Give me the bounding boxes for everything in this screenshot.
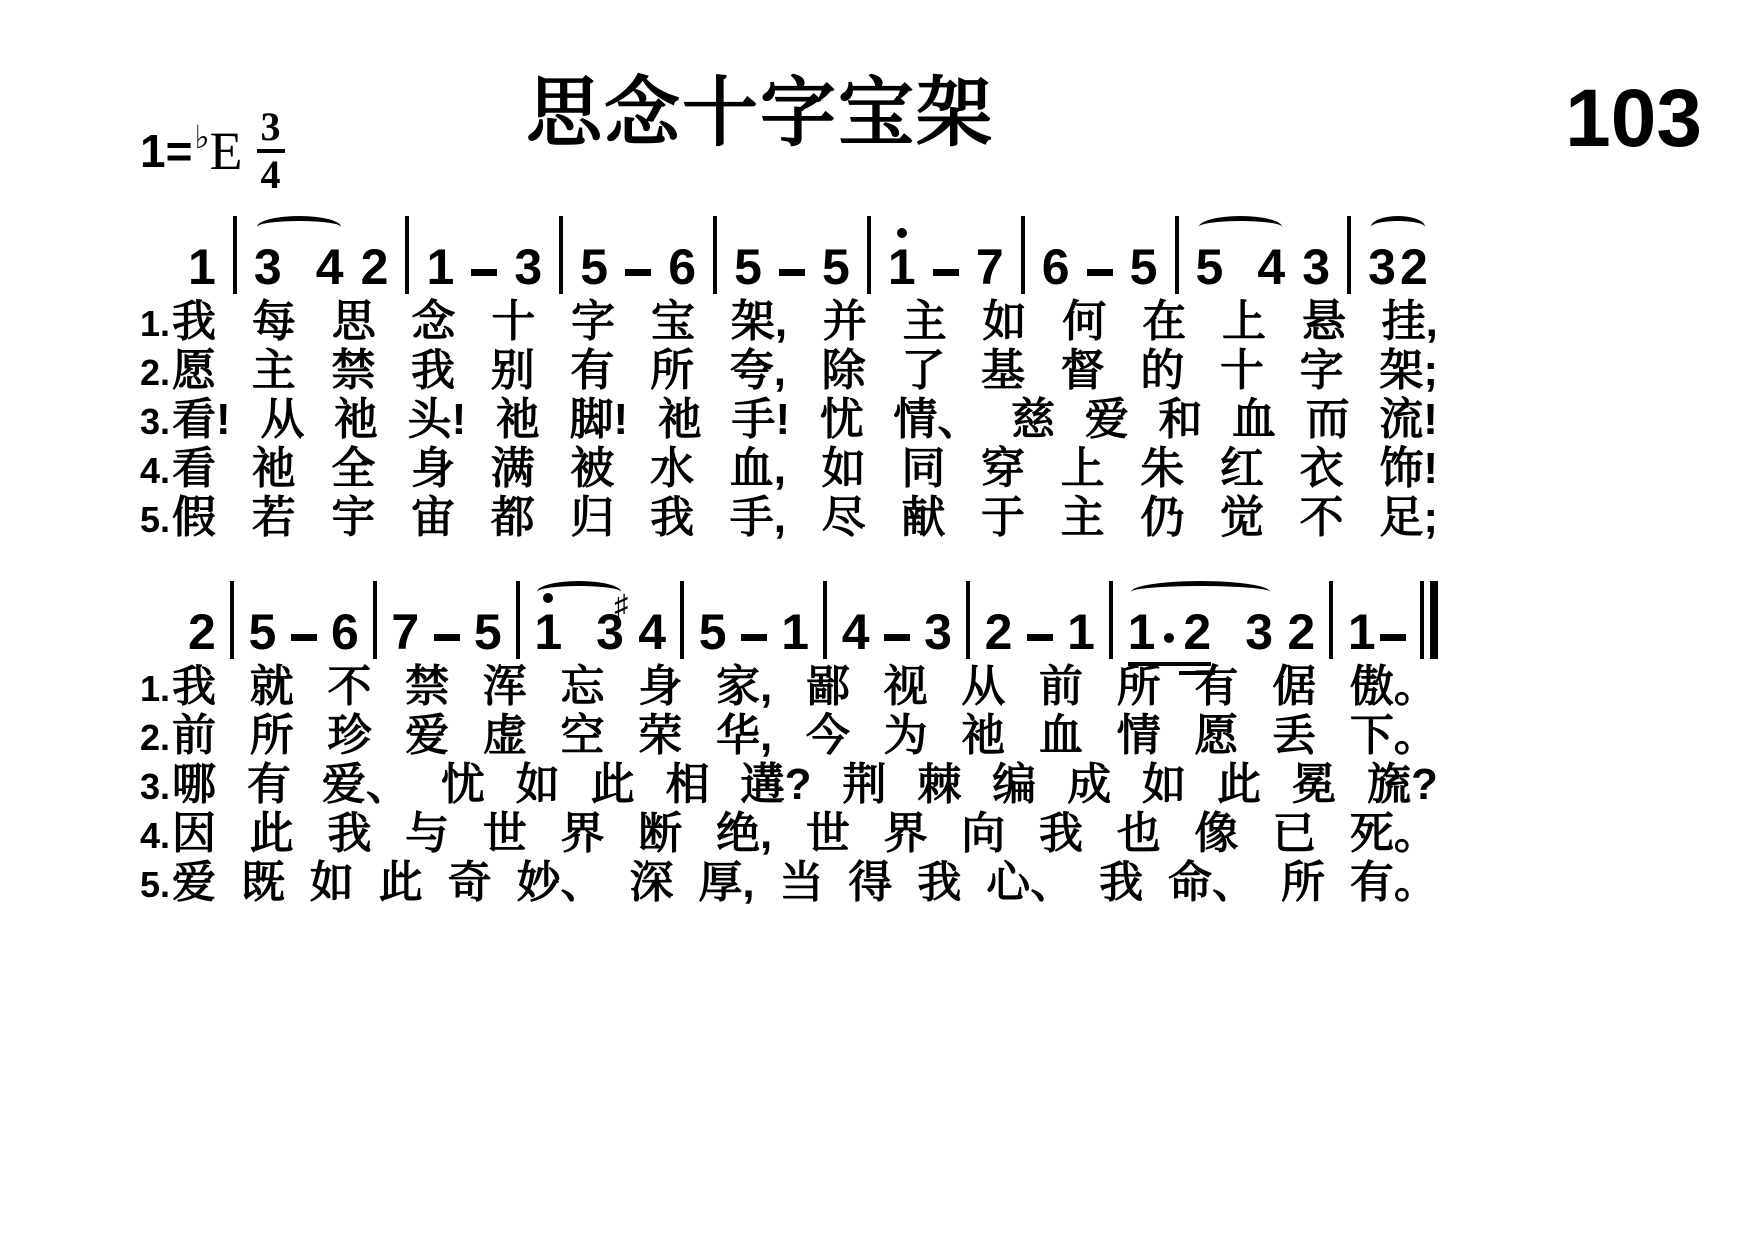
note: 5 bbox=[248, 607, 276, 659]
syllable: 献 bbox=[901, 494, 945, 541]
note: 1 bbox=[888, 242, 916, 294]
barline bbox=[405, 216, 409, 294]
syllable: 倨 bbox=[1272, 663, 1316, 710]
key-letter: E bbox=[210, 124, 243, 178]
syllable: 像 bbox=[1194, 810, 1238, 857]
note-digit: 2 bbox=[188, 604, 216, 660]
note: 7 bbox=[391, 607, 419, 659]
syllable: 3.哪 bbox=[140, 761, 216, 810]
note-digit: 1 bbox=[188, 239, 216, 295]
verse-number: 2. bbox=[140, 714, 170, 761]
barline bbox=[1021, 216, 1025, 294]
syllable: 身 bbox=[411, 445, 455, 492]
syllable: 禁 bbox=[331, 347, 375, 394]
hymn-number: 103 bbox=[1565, 72, 1702, 166]
note: 2 bbox=[985, 607, 1013, 659]
syllable: 1.我 bbox=[140, 298, 216, 347]
note-digit: 3 bbox=[924, 604, 952, 660]
syllable: 十 bbox=[491, 298, 535, 345]
syllable: 全 bbox=[331, 445, 375, 492]
syllable: 荣 bbox=[638, 712, 682, 759]
syllable: 字 bbox=[571, 298, 615, 345]
syllable: 世 bbox=[483, 810, 527, 857]
syllable: 悬 bbox=[1302, 298, 1346, 345]
music-line: 2567513♯451432112321 bbox=[188, 573, 1438, 663]
syllable: 穿 bbox=[981, 445, 1025, 492]
note: 1 bbox=[426, 242, 454, 294]
syllable: 思 bbox=[332, 298, 376, 345]
verse-number: 5. bbox=[140, 861, 170, 908]
syllable: 如 bbox=[983, 298, 1027, 345]
syllable: 如 bbox=[310, 859, 354, 906]
lyric-line: 1.我每思念十字宝架,并主如何在上悬挂, bbox=[140, 298, 1438, 347]
syllable: 从 bbox=[260, 396, 304, 443]
syllable: 奇 bbox=[448, 859, 492, 906]
note-dash bbox=[884, 634, 910, 641]
syllable: 在 bbox=[1142, 298, 1186, 345]
note: 3 bbox=[924, 607, 952, 659]
time-signature-unit: 4 bbox=[261, 156, 281, 194]
syllable: 主 bbox=[903, 298, 947, 345]
syllable: 有 bbox=[570, 347, 614, 394]
note: 1 bbox=[534, 607, 562, 659]
syllable: 所 bbox=[1281, 859, 1325, 906]
note-digit: 5 bbox=[699, 604, 727, 660]
syllable: 别 bbox=[491, 347, 535, 394]
syllable: 为 bbox=[884, 712, 928, 759]
syllable: 既 bbox=[241, 859, 285, 906]
syllable: 于 bbox=[981, 494, 1025, 541]
barline bbox=[823, 581, 827, 659]
note-digit: 5 bbox=[1130, 239, 1158, 295]
lyric-line: 3.哪有爱、忧如此相遘?荆棘编成如此冕旒? bbox=[140, 761, 1438, 810]
note-digit: 3 bbox=[1302, 239, 1330, 295]
barline bbox=[1175, 216, 1179, 294]
syllable: 的 bbox=[1140, 347, 1184, 394]
syllable: 所 bbox=[250, 712, 294, 759]
note: 6 bbox=[1042, 242, 1070, 294]
syllable: 情 bbox=[1117, 712, 1161, 759]
note-dash bbox=[1380, 634, 1406, 641]
syllable: 如 bbox=[516, 761, 560, 808]
lyric-line: 5.爱既如此奇妙、深厚,当得我心、我命、所有。 bbox=[140, 859, 1438, 908]
syllable: 得 bbox=[848, 859, 892, 906]
barline bbox=[516, 581, 520, 659]
syllable: 厚, bbox=[698, 859, 754, 906]
syllable: 仍 bbox=[1140, 494, 1184, 541]
note-digit: 3 bbox=[514, 239, 542, 295]
note: 6 bbox=[668, 242, 696, 294]
syllable: 宝 bbox=[651, 298, 695, 345]
lyric-line: 2.愿主禁我别有所夸,除了基督的十字架; bbox=[140, 347, 1438, 396]
lyric-line: 1.我就不禁浑忘身家,鄙视从前所有倨傲。 bbox=[140, 663, 1438, 712]
syllable: 血 bbox=[1232, 396, 1276, 443]
syllable: 不 bbox=[1300, 494, 1344, 541]
syllable: 空 bbox=[561, 712, 605, 759]
time-signature-beats: 3 bbox=[261, 108, 281, 146]
note-digit: 4 bbox=[316, 239, 344, 295]
syllable: 祂 bbox=[252, 445, 296, 492]
note-digit: 5 bbox=[474, 604, 502, 660]
syllable: 都 bbox=[491, 494, 535, 541]
final-barline-thin bbox=[1420, 581, 1424, 659]
note-digit: 1 bbox=[426, 239, 454, 295]
syllable: 架; bbox=[1379, 347, 1438, 394]
note-digit: 4 bbox=[638, 604, 666, 660]
note-digit: 7 bbox=[976, 239, 1004, 295]
note-dash bbox=[779, 269, 805, 276]
syllable: 傲。 bbox=[1350, 663, 1438, 710]
syllable: 就 bbox=[250, 663, 294, 710]
syllable: 旒? bbox=[1367, 761, 1438, 808]
syllable: 2.前 bbox=[140, 712, 216, 761]
note-digit: 2 bbox=[1400, 239, 1428, 295]
note: 4 bbox=[842, 607, 870, 659]
syllable: 从 bbox=[961, 663, 1005, 710]
barline bbox=[713, 216, 717, 294]
lyric-line: 2.前所珍爱虚空荣华,今为祂血情愿丢下。 bbox=[140, 712, 1438, 761]
syllable: 棘 bbox=[917, 761, 961, 808]
note: 2 bbox=[361, 242, 389, 294]
syllable: 主 bbox=[1061, 494, 1105, 541]
key-signature: 1= ♭ E 3 4 bbox=[140, 108, 285, 194]
sharp-sign: ♯ bbox=[614, 591, 628, 619]
syllable: 宙 bbox=[411, 494, 455, 541]
syllable: 如 bbox=[822, 445, 866, 492]
syllable: 如 bbox=[1142, 761, 1186, 808]
note-digit: 5 bbox=[734, 239, 762, 295]
note: 6 bbox=[331, 607, 359, 659]
syllable: 有。 bbox=[1350, 859, 1438, 906]
syllable: 爱 bbox=[405, 712, 449, 759]
note-digit: 1 bbox=[1067, 604, 1095, 660]
syllable: 绝, bbox=[716, 810, 772, 857]
syllable: 而 bbox=[1306, 396, 1350, 443]
syllable: 慈 bbox=[1011, 396, 1055, 443]
syllable: 基 bbox=[981, 347, 1025, 394]
note-dash bbox=[741, 634, 767, 641]
note: 5 bbox=[474, 607, 502, 659]
syllable: 字 bbox=[1300, 347, 1344, 394]
note-digit: 2 bbox=[985, 604, 1013, 660]
system-1: 13421356551765543321.我每思念十字宝架,并主如何在上悬挂,2… bbox=[140, 208, 1438, 543]
syllable: 归 bbox=[570, 494, 614, 541]
note-digit: 5 bbox=[580, 239, 608, 295]
barline bbox=[233, 216, 237, 294]
note-digit: 3 bbox=[254, 239, 282, 295]
note: 1 bbox=[1128, 607, 1156, 659]
note: 1 bbox=[1067, 607, 1095, 659]
barline bbox=[680, 581, 684, 659]
note: 3 bbox=[514, 242, 542, 294]
syllable: 血 bbox=[1039, 712, 1083, 759]
note: 5 bbox=[822, 242, 850, 294]
syllable: 我 bbox=[327, 810, 371, 857]
syllable: 心、 bbox=[986, 859, 1074, 906]
syllable: 珍 bbox=[327, 712, 371, 759]
syllable: 所 bbox=[650, 347, 694, 394]
barline bbox=[1109, 581, 1113, 659]
syllable: 宇 bbox=[331, 494, 375, 541]
syllable: 脚! bbox=[570, 396, 629, 443]
syllable: 相 bbox=[666, 761, 710, 808]
syllable: 我 bbox=[917, 859, 961, 906]
flat-sign-icon: ♭ bbox=[194, 118, 209, 156]
syllable: 4.因 bbox=[140, 810, 216, 859]
note: 1 bbox=[1348, 607, 1376, 659]
syllable: 我 bbox=[1039, 810, 1083, 857]
syllable: 忧 bbox=[441, 761, 485, 808]
note-group: 12 bbox=[1128, 607, 1212, 659]
syllable: 祂 bbox=[658, 396, 702, 443]
lyric-line: 4.看祂全身满被水血,如同穿上朱红衣饰! bbox=[140, 445, 1438, 494]
syllable: 不 bbox=[327, 663, 371, 710]
note-digit: 5 bbox=[248, 604, 276, 660]
syllable: 成 bbox=[1067, 761, 1111, 808]
syllable: 世 bbox=[806, 810, 850, 857]
note-group: 1 bbox=[1348, 607, 1406, 659]
syllable: 视 bbox=[884, 663, 928, 710]
syllable: 此 bbox=[1217, 761, 1261, 808]
syllable: 尽 bbox=[822, 494, 866, 541]
syllable: 深 bbox=[629, 859, 673, 906]
syllable: 2.愿 bbox=[140, 347, 216, 396]
augmentation-dot bbox=[1164, 633, 1174, 643]
syllable: 向 bbox=[961, 810, 1005, 857]
syllable: 了 bbox=[901, 347, 945, 394]
note-dash bbox=[291, 634, 317, 641]
syllable: 5.假 bbox=[140, 494, 216, 543]
syllable: 丢 bbox=[1272, 712, 1316, 759]
time-signature: 3 4 bbox=[257, 108, 285, 194]
verse-number: 3. bbox=[140, 398, 170, 445]
syllable: 浑 bbox=[483, 663, 527, 710]
syllable: 我 bbox=[1099, 859, 1143, 906]
syllable: 足; bbox=[1379, 494, 1438, 541]
syllable: 挂, bbox=[1382, 298, 1438, 345]
syllable: 上 bbox=[1222, 298, 1266, 345]
syllable: 界 bbox=[884, 810, 928, 857]
note-digit: 6 bbox=[1042, 239, 1070, 295]
syllable: 夸, bbox=[730, 347, 786, 394]
syllable: 此 bbox=[250, 810, 294, 857]
note: 4 bbox=[1257, 242, 1285, 294]
music-line: 1342135655176554332 bbox=[188, 208, 1428, 298]
syllable: 督 bbox=[1061, 347, 1105, 394]
note-digit: 2 bbox=[1287, 604, 1315, 660]
note: 7 bbox=[976, 242, 1004, 294]
syllable: 每 bbox=[252, 298, 296, 345]
note-dash bbox=[1087, 269, 1113, 276]
note-digit: 4 bbox=[1257, 239, 1285, 295]
syllable: 架, bbox=[731, 298, 787, 345]
syllable: 忧 bbox=[820, 396, 864, 443]
note: 1 bbox=[781, 607, 809, 659]
note: 5 bbox=[699, 607, 727, 659]
note: ♯4 bbox=[638, 607, 666, 659]
note-digit: 6 bbox=[668, 239, 696, 295]
syllable: 遘? bbox=[741, 761, 812, 808]
barline bbox=[559, 216, 563, 294]
syllable: 5.爱 bbox=[140, 859, 216, 908]
note-digit: 7 bbox=[391, 604, 419, 660]
note: 2 bbox=[1183, 607, 1211, 659]
syllable: 下。 bbox=[1350, 712, 1438, 759]
note: 5 bbox=[580, 242, 608, 294]
syllable: 我 bbox=[411, 347, 455, 394]
note-dash bbox=[933, 269, 959, 276]
syllable: 鄙 bbox=[806, 663, 850, 710]
syllable: 衣 bbox=[1300, 445, 1344, 492]
syllable: 禁 bbox=[405, 663, 449, 710]
syllable: 祂 bbox=[961, 712, 1005, 759]
syllable: 此 bbox=[591, 761, 635, 808]
barline bbox=[230, 581, 234, 659]
hymn-sheet-page: 思念十字宝架 103 1= ♭ E 3 4 134213565517655433… bbox=[0, 0, 1754, 1240]
note-digit: 3 bbox=[1368, 239, 1396, 295]
syllable: 断 bbox=[638, 810, 682, 857]
note: 3 bbox=[1245, 607, 1273, 659]
note: 5 bbox=[1196, 242, 1224, 294]
syllable: 我 bbox=[650, 494, 694, 541]
syllable: 1.我 bbox=[140, 663, 216, 712]
note-dash bbox=[434, 634, 460, 641]
syllable: 3.看! bbox=[140, 396, 231, 445]
slur-group: 34 bbox=[254, 242, 344, 294]
syllable: 主 bbox=[252, 347, 296, 394]
note-digit: 1 bbox=[534, 604, 562, 660]
barline bbox=[1329, 581, 1333, 659]
note: 2 bbox=[188, 607, 216, 659]
syllable: 血, bbox=[730, 445, 786, 492]
note-digit: 1 bbox=[888, 239, 916, 295]
verse-number: 1. bbox=[140, 665, 170, 712]
syllable: 手, bbox=[730, 494, 786, 541]
slur-group: 54 bbox=[1196, 242, 1286, 294]
syllable: 爱、 bbox=[322, 761, 410, 808]
syllable: 和 bbox=[1158, 396, 1202, 443]
final-barline bbox=[1420, 581, 1438, 659]
lyric-line: 5.假若宇宙都归我手,尽献于主仍觉不足; bbox=[140, 494, 1438, 543]
syllable: 愿 bbox=[1194, 712, 1238, 759]
verse-number: 5. bbox=[140, 496, 170, 543]
syllable: 满 bbox=[491, 445, 535, 492]
syllable: 上 bbox=[1061, 445, 1105, 492]
note-digit: 2 bbox=[1183, 604, 1211, 660]
lyric-line: 4.因此我与世界断绝,世界向我也像已死。 bbox=[140, 810, 1438, 859]
syllable: 死。 bbox=[1350, 810, 1438, 857]
note: 4 bbox=[316, 242, 344, 294]
note: 3 bbox=[1302, 242, 1330, 294]
syllable: 华, bbox=[716, 712, 772, 759]
syllable: 手! bbox=[731, 396, 790, 443]
verse-number: 1. bbox=[140, 300, 170, 347]
verse-number: 4. bbox=[140, 812, 170, 859]
syllable: 爱 bbox=[1085, 396, 1129, 443]
syllable: 朱 bbox=[1140, 445, 1184, 492]
barline bbox=[966, 581, 970, 659]
syllable: 妙、 bbox=[517, 859, 605, 906]
syllable: 家, bbox=[716, 663, 772, 710]
syllable: 红 bbox=[1220, 445, 1264, 492]
score-content: 13421356551765543321.我每思念十字宝架,并主如何在上悬挂,2… bbox=[140, 208, 1438, 908]
syllable: 十 bbox=[1220, 347, 1264, 394]
syllable: 头! bbox=[408, 396, 467, 443]
note-digit: 3 bbox=[1245, 604, 1273, 660]
slur-group: 13 bbox=[534, 607, 624, 659]
note: 5 bbox=[1130, 242, 1158, 294]
syllable: 觉 bbox=[1220, 494, 1264, 541]
syllable: 同 bbox=[901, 445, 945, 492]
verse-number: 4. bbox=[140, 447, 170, 494]
note-digit: 4 bbox=[842, 604, 870, 660]
note-digit: 1 bbox=[781, 604, 809, 660]
syllable: 已 bbox=[1272, 810, 1316, 857]
syllable: 命、 bbox=[1168, 859, 1256, 906]
syllable: 忘 bbox=[561, 663, 605, 710]
syllable: 念 bbox=[412, 298, 456, 345]
syllable: 水 bbox=[650, 445, 694, 492]
syllable: 与 bbox=[405, 810, 449, 857]
syllable: 界 bbox=[561, 810, 605, 857]
note: 3 bbox=[1368, 242, 1396, 294]
syllable: 荆 bbox=[842, 761, 886, 808]
system-gap bbox=[140, 543, 1438, 573]
note-digit: 1 bbox=[1348, 604, 1376, 660]
syllable: 冕 bbox=[1292, 761, 1336, 808]
syllable: 也 bbox=[1117, 810, 1161, 857]
octave-dot bbox=[543, 593, 553, 603]
syllable: 所 bbox=[1117, 663, 1161, 710]
syllable: 饰! bbox=[1379, 445, 1438, 492]
barline bbox=[1347, 216, 1351, 294]
verse-number: 3. bbox=[140, 763, 170, 810]
note-digit: 5 bbox=[1196, 239, 1224, 295]
note: 2 bbox=[1400, 242, 1428, 294]
note-digit: 6 bbox=[331, 604, 359, 660]
syllable: 若 bbox=[252, 494, 296, 541]
note-dash bbox=[625, 269, 651, 276]
note-dash bbox=[471, 269, 497, 276]
syllable: 编 bbox=[992, 761, 1036, 808]
syllable: 今 bbox=[806, 712, 850, 759]
syllable: 有 bbox=[247, 761, 291, 808]
barline bbox=[867, 216, 871, 294]
final-barline-thick bbox=[1430, 581, 1438, 659]
syllable: 此 bbox=[379, 859, 423, 906]
note: 5 bbox=[734, 242, 762, 294]
syllable: 情、 bbox=[893, 396, 981, 443]
syllable: 虚 bbox=[483, 712, 527, 759]
syllable: 祂 bbox=[334, 396, 378, 443]
note-dash bbox=[1027, 634, 1053, 641]
octave-dot bbox=[897, 228, 907, 238]
syllable: 流! bbox=[1379, 396, 1438, 443]
syllable: 祂 bbox=[496, 396, 540, 443]
note-digit: 2 bbox=[361, 239, 389, 295]
syllable: 被 bbox=[570, 445, 614, 492]
note: 1 bbox=[188, 242, 216, 294]
key-prefix: 1= bbox=[140, 128, 192, 174]
note: 3 bbox=[254, 242, 282, 294]
syllable: 身 bbox=[638, 663, 682, 710]
slur-group: 32 bbox=[1368, 242, 1428, 294]
note-digit: 1 bbox=[1128, 604, 1156, 660]
syllable: 前 bbox=[1039, 663, 1083, 710]
syllable: 何 bbox=[1062, 298, 1106, 345]
lyric-line: 3.看!从祂头!祂脚!祂手!忧情、慈爱和血而流! bbox=[140, 396, 1438, 445]
syllable: 4.看 bbox=[140, 445, 216, 494]
